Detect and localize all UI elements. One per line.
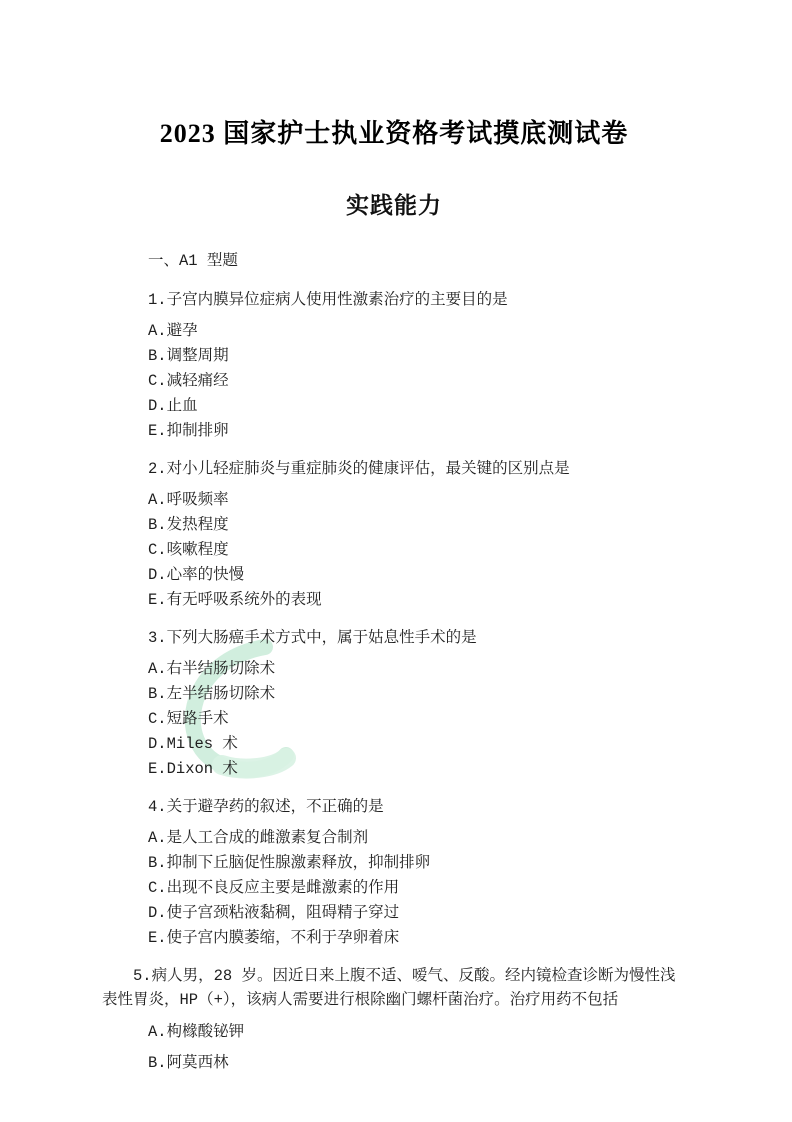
question-1: 1.子宫内膜异位症病人使用性激素治疗的主要目的是 A.避孕 B.调整周期 C.减… [102, 288, 686, 442]
answer-option: C.减轻痛经 [102, 370, 686, 392]
answer-option: E.Dixon 术 [102, 758, 686, 780]
question-3: 3.下列大肠癌手术方式中，属于姑息性手术的是 A.右半结肠切除术 B.左半结肠切… [102, 626, 686, 780]
question-text: 2.对小儿轻症肺炎与重症肺炎的健康评估，最关键的区别点是 [102, 457, 686, 481]
answer-option: E.使子宫内膜萎缩，不利于孕卵着床 [102, 927, 686, 949]
answer-option: C.短路手术 [102, 708, 686, 730]
answer-option: A.呼吸频率 [102, 489, 686, 511]
answer-option: B.左半结肠切除术 [102, 683, 686, 705]
question-text: 4.关于避孕药的叙述，不正确的是 [102, 795, 686, 819]
answer-option: C.出现不良反应主要是雌激素的作用 [102, 877, 686, 899]
answer-option: A.是人工合成的雌激素复合制剂 [102, 827, 686, 849]
question-text: 3.下列大肠癌手术方式中，属于姑息性手术的是 [102, 626, 686, 650]
answer-option: E.抑制排卵 [102, 420, 686, 442]
answer-option: E.有无呼吸系统外的表现 [102, 589, 686, 611]
answer-option: D.心率的快慢 [102, 564, 686, 586]
document-page: 2023 国家护士执业资格考试摸底测试卷 实践能力 一、A1 型题 1.子宫内膜… [0, 0, 792, 1122]
answer-option: B.调整周期 [102, 345, 686, 367]
page-title: 2023 国家护士执业资格考试摸底测试卷 [102, 118, 686, 151]
question-text: 5.病人男，28 岁。因近日来上腹不适、嗳气、反酸。经内镜检查诊断为慢性浅表性胃… [102, 964, 686, 1012]
question-5: 5.病人男，28 岁。因近日来上腹不适、嗳气、反酸。经内镜检查诊断为慢性浅表性胃… [102, 964, 686, 1074]
question-2: 2.对小儿轻症肺炎与重症肺炎的健康评估，最关键的区别点是 A.呼吸频率 B.发热… [102, 457, 686, 611]
answer-option: D.止血 [102, 395, 686, 417]
answer-option: C.咳嗽程度 [102, 539, 686, 561]
question-4: 4.关于避孕药的叙述，不正确的是 A.是人工合成的雌激素复合制剂 B.抑制下丘脑… [102, 795, 686, 949]
answer-option: B.发热程度 [102, 514, 686, 536]
page-content: 2023 国家护士执业资格考试摸底测试卷 实践能力 一、A1 型题 1.子宫内膜… [0, 0, 792, 1074]
answer-option: A.避孕 [102, 320, 686, 342]
answer-option: D.使子宫颈粘液黏稠，阻碍精子穿过 [102, 902, 686, 924]
answer-option: A.右半结肠切除术 [102, 658, 686, 680]
answer-option: A.枸橼酸铋钾 [102, 1021, 686, 1043]
answer-option: B.阿莫西林 [102, 1052, 686, 1074]
answer-option: B.抑制下丘脑促性腺激素释放，抑制排卵 [102, 852, 686, 874]
section-heading: 一、A1 型题 [102, 251, 686, 273]
page-subtitle: 实践能力 [102, 191, 686, 220]
question-text: 1.子宫内膜异位症病人使用性激素治疗的主要目的是 [102, 288, 686, 312]
answer-option: D.Miles 术 [102, 733, 686, 755]
